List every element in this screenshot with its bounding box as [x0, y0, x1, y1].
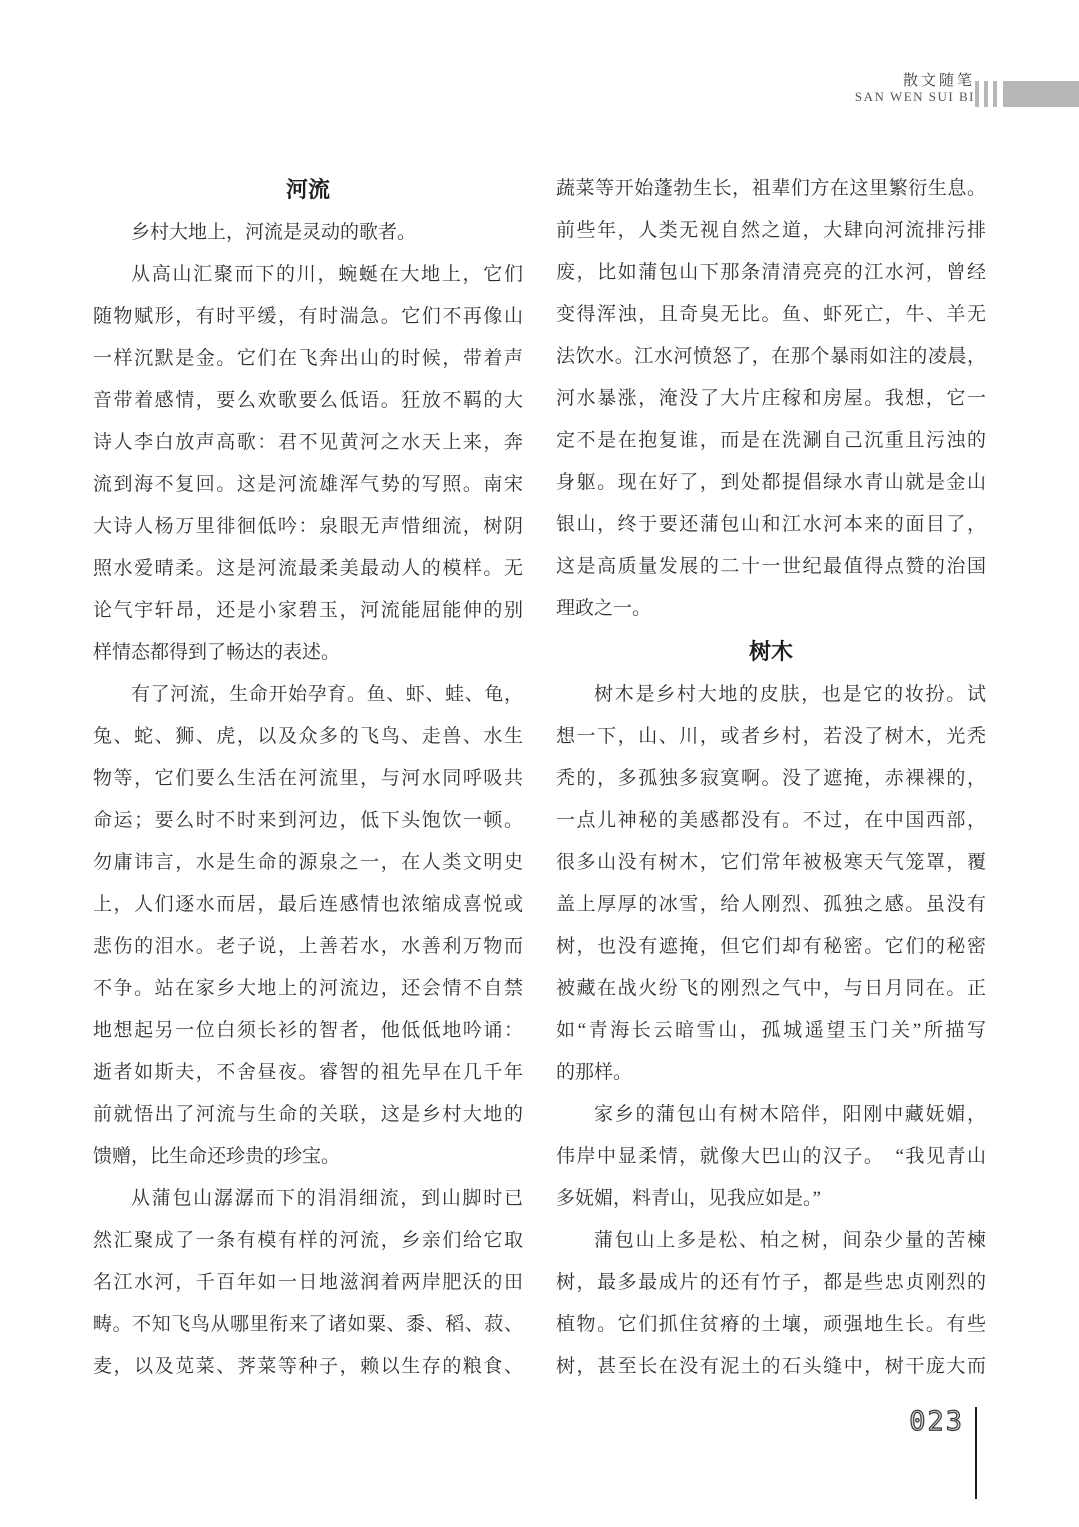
- text-line: 树，也没有遮掩，但它们却有秘密。它们的秘密: [556, 926, 986, 968]
- text-line: 植物。它们抓住贫瘠的土壤，顽强地生长。有些: [556, 1304, 986, 1346]
- header-decor: [970, 81, 1079, 107]
- text-line: 很多山没有树木，它们常年被极寒天气笼罩，覆: [556, 842, 986, 884]
- text-line: 样情态都得到了畅达的表述。: [93, 632, 523, 674]
- page-header: 散文随笔 SAN WEN SUI BI: [855, 73, 975, 105]
- text-line: 想一下，山、川，或者乡村，若没了树木，光秃: [556, 716, 986, 758]
- section-title: 河流: [93, 168, 523, 212]
- text-line: 悲伤的泪水。老子说，上善若水，水善利万物而: [93, 926, 523, 968]
- right-column: 蔬菜等开始蓬勃生长，祖辈们方在这里繁衍生息。前些年，人类无视自然之道，大肆向河流…: [556, 168, 986, 1388]
- text-line: 树，最多最成片的还有竹子，都是些忠贞刚烈的: [556, 1262, 986, 1304]
- header-title-cn: 散文随笔: [855, 73, 975, 90]
- left-column: 河流乡村大地上，河流是灵动的歌者。从高山汇聚而下的川，蜿蜒在大地上，它们随物赋形…: [93, 168, 523, 1388]
- text-line: 然汇聚成了一条有模有样的河流，乡亲们给它取: [93, 1220, 523, 1262]
- footer-rule: [975, 1407, 977, 1499]
- text-line: 秃的，多孤独多寂寞啊。没了遮掩，赤裸裸的，: [556, 758, 986, 800]
- text-line: 流到海不复回。这是河流雄浑气势的写照。南宋: [93, 464, 523, 506]
- book-page: 散文随笔 SAN WEN SUI BI 河流乡村大地上，河流是灵动的歌者。从高山…: [0, 0, 1079, 1527]
- section-title: 树木: [556, 630, 986, 674]
- text-line: 蔬菜等开始蓬勃生长，祖辈们方在这里繁衍生息。: [556, 168, 986, 210]
- text-line: 麦，以及苋菜、荠菜等种子，赖以生存的粮食、: [93, 1346, 523, 1388]
- text-line: 多妩媚，料青山，见我应如是。”: [556, 1178, 986, 1220]
- text-line: 有了河流，生命开始孕育。鱼、虾、蛙、龟，: [93, 674, 523, 716]
- text-line: 的那样。: [556, 1052, 986, 1094]
- text-line: 如“青海长云暗雪山，孤城遥望玉门关”所描写: [556, 1010, 986, 1052]
- text-line: 定不是在抱复谁，而是在洗涮自己沉重且污浊的: [556, 420, 986, 462]
- text-line: 前些年，人类无视自然之道，大肆向河流排污排: [556, 210, 986, 252]
- text-line: 音带着感情，要么欢歌要么低语。狂放不羁的大: [93, 380, 523, 422]
- text-line: 理政之一。: [556, 588, 986, 630]
- text-line: 一点儿神秘的美感都没有。不过，在中国西部，: [556, 800, 986, 842]
- text-line: 畴。不知飞鸟从哪里衔来了诸如粟、黍、稻、菽、: [93, 1304, 523, 1346]
- header-title-en: SAN WEN SUI BI: [855, 90, 975, 105]
- text-line: 兔、蛇、狮、虎，以及众多的飞鸟、走兽、水生: [93, 716, 523, 758]
- text-line: 不争。站在家乡大地上的河流边，还会情不自禁: [93, 968, 523, 1010]
- text-line: 诗人李白放声高歌：君不见黄河之水天上来，奔: [93, 422, 523, 464]
- text-line: 被藏在战火纷飞的刚烈之气中，与日月同在。正: [556, 968, 986, 1010]
- text-line: 伟岸中显柔情，就像大巴山的汉子。 “我见青山: [556, 1136, 986, 1178]
- text-line: 上，人们逐水而居，最后连感情也浓缩成喜悦或: [93, 884, 523, 926]
- text-line: 废，比如蒲包山下那条清清亮亮的江水河，曾经: [556, 252, 986, 294]
- text-line: 河水暴涨，淹没了大片庄稼和房屋。我想，它一: [556, 378, 986, 420]
- page-number: 023: [909, 1408, 964, 1435]
- text-line: 随物赋形，有时平缓，有时湍急。它们不再像山: [93, 296, 523, 338]
- text-line: 这是高质量发展的二十一世纪最值得点赞的治国: [556, 546, 986, 588]
- text-line: 乡村大地上，河流是灵动的歌者。: [93, 212, 523, 254]
- text-line: 从高山汇聚而下的川，蜿蜒在大地上，它们: [93, 254, 523, 296]
- text-line: 树，甚至长在没有泥土的石头缝中，树干庞大而: [556, 1346, 986, 1388]
- text-line: 命运；要么时不时来到河边，低下头饱饮一顿。: [93, 800, 523, 842]
- text-line: 论气宇轩昂，还是小家碧玉，河流能屈能伸的别: [93, 590, 523, 632]
- text-line: 身躯。现在好了，到处都提倡绿水青山就是金山: [556, 462, 986, 504]
- text-line: 名江水河，千百年如一日地滋润着两岸肥沃的田: [93, 1262, 523, 1304]
- text-line: 一样沉默是金。它们在飞奔出山的时候，带着声: [93, 338, 523, 380]
- text-line: 法饮水。江水河愤怒了，在那个暴雨如注的凌晨，: [556, 336, 986, 378]
- text-line: 逝者如斯夫，不舍昼夜。睿智的祖先早在几千年: [93, 1052, 523, 1094]
- decor-bar-icon: [993, 81, 997, 107]
- text-line: 地想起另一位白须长衫的智者，他低低地吟诵：: [93, 1010, 523, 1052]
- decor-block-icon: [1003, 81, 1079, 107]
- text-line: 银山，终于要还蒲包山和江水河本来的面目了，: [556, 504, 986, 546]
- text-line: 盖上厚厚的冰雪，给人刚烈、孤独之感。虽没有: [556, 884, 986, 926]
- text-line: 大诗人杨万里徘徊低吟：泉眼无声惜细流，树阴: [93, 506, 523, 548]
- text-line: 树木是乡村大地的皮肤，也是它的妆扮。试: [556, 674, 986, 716]
- decor-bar-icon: [984, 81, 988, 107]
- text-line: 馈赠，比生命还珍贵的珍宝。: [93, 1136, 523, 1178]
- text-line: 照水爱晴柔。这是河流最柔美最动人的模样。无: [93, 548, 523, 590]
- text-line: 家乡的蒲包山有树木陪伴，阳刚中藏妩媚，: [556, 1094, 986, 1136]
- text-line: 从蒲包山潺潺而下的涓涓细流，到山脚时已: [93, 1178, 523, 1220]
- text-line: 勿庸讳言，水是生命的源泉之一，在人类文明史: [93, 842, 523, 884]
- text-line: 前就悟出了河流与生命的关联，这是乡村大地的: [93, 1094, 523, 1136]
- text-line: 蒲包山上多是松、柏之树，间杂少量的苦楝: [556, 1220, 986, 1262]
- text-line: 物等，它们要么生活在河流里，与河水同呼吸共: [93, 758, 523, 800]
- decor-bar-icon: [975, 81, 979, 107]
- text-line: 变得浑浊，且奇臭无比。鱼、虾死亡，牛、羊无: [556, 294, 986, 336]
